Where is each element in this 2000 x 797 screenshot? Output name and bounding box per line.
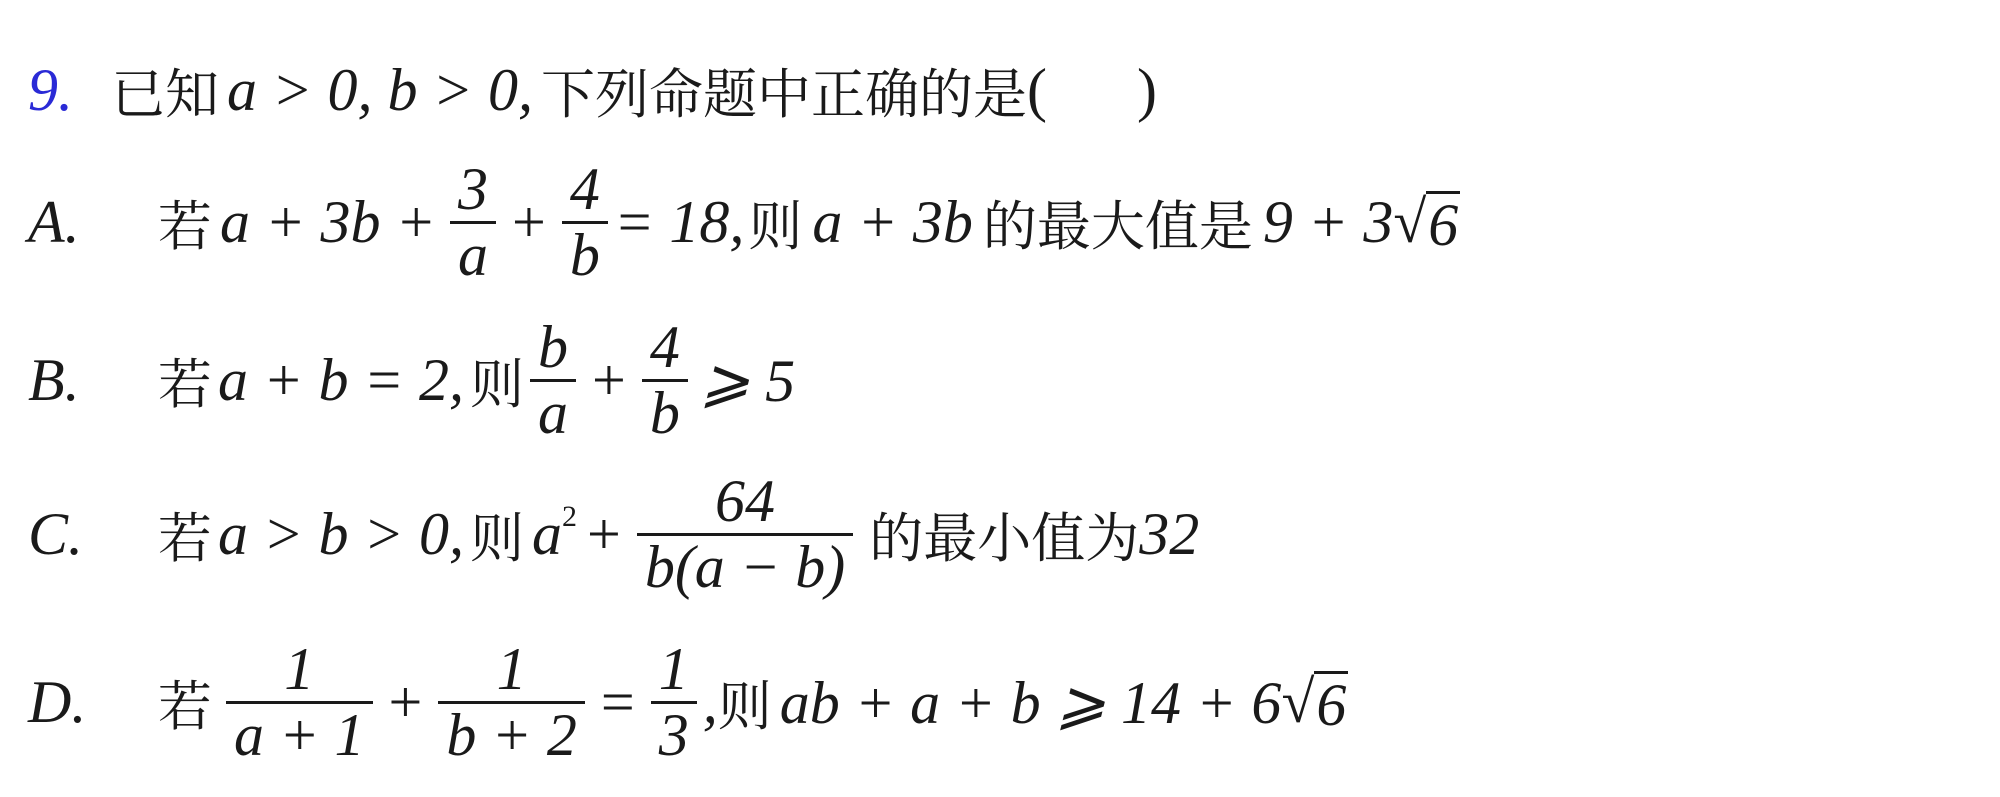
math-expr: ab + a + b ⩾ 14 + 6 — [780, 668, 1282, 738]
option-label: B. — [28, 346, 124, 415]
plus-sign: + — [389, 668, 423, 737]
option-c: C. 若 a > b > 0, 则 a 2 + 64 b(a − b) 的最小值… — [28, 470, 1199, 599]
then-text: 则 — [748, 184, 802, 261]
math-expr: a > b > 0, — [218, 500, 464, 569]
option-b: B. 若 a + b = 2, 则 b a + 4 b ⩾ 5 — [28, 316, 795, 445]
conclusion-text: 的最小值为 — [869, 496, 1139, 573]
comma: , — [703, 668, 718, 737]
stem-text-1: 已知 — [111, 52, 219, 129]
fraction: 64 b(a − b) — [637, 470, 853, 599]
numerator: 3 — [450, 158, 496, 221]
math-expr: = 18, — [614, 188, 745, 257]
then-text: 则 — [718, 664, 772, 741]
option-a: A. 若 a + 3b + 3 a + 4 b = 18, 则 a + 3b 的… — [28, 158, 1460, 287]
numerator: 1 — [276, 638, 322, 701]
plus-sign: + — [587, 500, 621, 569]
numerator: 64 — [707, 470, 783, 533]
plus-sign: + — [512, 188, 546, 257]
fraction: 4 b — [562, 158, 608, 287]
numerator: 4 — [642, 316, 688, 379]
numerator: 1 — [651, 638, 697, 701]
math-expr: a + 3b + — [220, 188, 436, 257]
option-label: A. — [28, 188, 124, 257]
conclusion-text: 的最大值是 — [983, 184, 1253, 261]
if-text: 若 — [158, 664, 212, 741]
denominator: a — [450, 224, 496, 287]
fraction: 1 b + 2 — [438, 638, 585, 767]
denominator: b — [642, 382, 688, 445]
math-base: a — [532, 500, 562, 569]
denominator: b + 2 — [438, 704, 585, 767]
then-text: 则 — [470, 342, 524, 419]
fraction: 3 a — [450, 158, 496, 287]
question-number: 9. — [28, 56, 73, 125]
option-d: D. 若 1 a + 1 + 1 b + 2 = 1 3 , 则 ab + a … — [28, 638, 1348, 767]
denominator: a + 1 — [226, 704, 373, 767]
fraction: 1 a + 1 — [226, 638, 373, 767]
if-text: 若 — [158, 342, 212, 419]
math-expr: ⩾ 5 — [700, 346, 795, 416]
denominator: b(a − b) — [637, 536, 853, 599]
fraction: 1 3 — [651, 638, 697, 767]
denominator: a — [530, 382, 576, 445]
math-expr: 9 + 3 — [1263, 188, 1394, 257]
then-text: 则 — [470, 496, 524, 573]
option-label: C. — [28, 500, 124, 569]
equals-sign: = — [601, 668, 635, 737]
if-text: 若 — [158, 496, 212, 573]
numerator: 1 — [489, 638, 535, 701]
numerator: 4 — [562, 158, 608, 221]
denominator: b — [562, 224, 608, 287]
denominator: 3 — [651, 704, 697, 767]
fraction: 4 b — [642, 316, 688, 445]
plus-sign: + — [592, 346, 626, 415]
option-label: D. — [28, 668, 124, 737]
stem-text-2: 下列命题中正确的是 — [541, 52, 1027, 129]
math-expr: a + b = 2, — [218, 346, 464, 415]
math-result: 32 — [1139, 500, 1199, 569]
radicand: 6 — [1426, 191, 1460, 257]
math-expr: a + 3b — [812, 188, 973, 257]
fraction: b a — [530, 316, 576, 445]
answer-blank: ( ) — [1027, 56, 1157, 125]
sqrt: √6 — [1393, 188, 1460, 257]
radicand: 6 — [1314, 671, 1348, 737]
stem-math: a > 0, b > 0, — [227, 56, 533, 125]
sqrt: √6 — [1281, 668, 1348, 737]
exponent: 2 — [562, 500, 577, 534]
question-stem: 9. 已知 a > 0, b > 0, 下列命题中正确的是 ( ) — [28, 52, 1157, 129]
if-text: 若 — [158, 184, 212, 261]
numerator: b — [530, 316, 576, 379]
